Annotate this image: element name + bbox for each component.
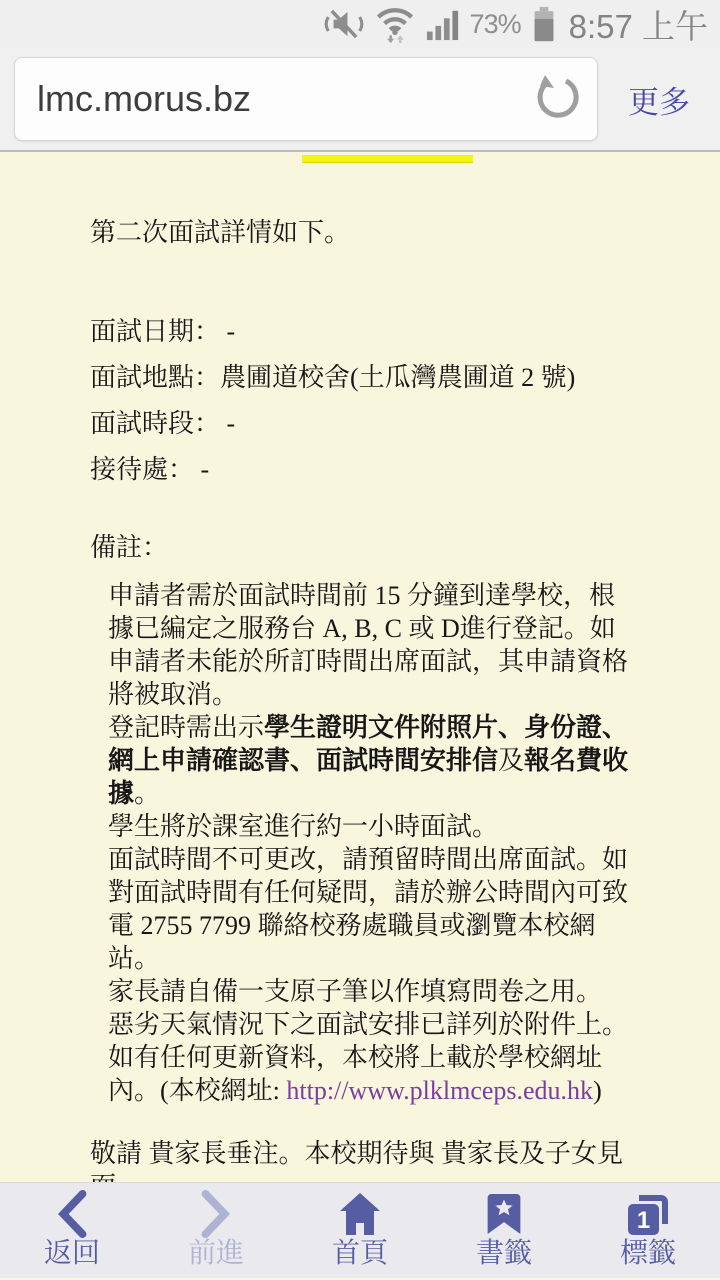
clock-text: 8:57 上午: [569, 1, 708, 48]
field-interview-session: 面試時段： -: [90, 407, 640, 440]
nav-back-button[interactable]: 返回: [0, 1183, 144, 1278]
nav-back-label: 返回: [44, 1238, 100, 1268]
vibrate-muted-icon: [324, 6, 364, 42]
nav-home-label: 首頁: [332, 1238, 388, 1268]
notes-list: 申請者需於面試時間前 15 分鐘到達學校，根據已編定之服務台 A, B, C 或…: [108, 579, 640, 1107]
phone-screen: 73% 8:57 上午 lmc.morus.bz 更多: [0, 0, 720, 1280]
back-icon: [52, 1190, 92, 1238]
bookmarks-icon: [484, 1190, 524, 1238]
intro-text: 第二次面試詳情如下。: [90, 216, 640, 249]
field-interview-location: 面試地點：農圃道校舍(土瓜灣農圃道 2 號): [90, 361, 640, 394]
loading-progress-bar: [302, 155, 473, 163]
notes-title: 備註：: [90, 531, 640, 564]
field-reception: 接待處： -: [90, 453, 640, 486]
note-item: 惡劣天氣情況下之面試安排已詳列於附件上。: [108, 1008, 640, 1041]
forward-icon: [196, 1190, 236, 1238]
home-icon: [337, 1190, 383, 1238]
wifi-icon: [374, 4, 416, 44]
url-bar[interactable]: lmc.morus.bz: [14, 57, 598, 141]
nav-tabs-button[interactable]: 1 標籤: [576, 1183, 720, 1278]
nav-bookmarks-label: 書籤: [476, 1238, 532, 1268]
note-item: 登記時需出示學生證明文件附照片、身份證、網上申請確認書、面試時間安排信及報名費收…: [108, 711, 640, 810]
note-item: 如有任何更新資料，本校將上載於學校網址內。(本校網址: http://www.p…: [108, 1041, 640, 1107]
browser-toolbar: lmc.morus.bz 更多: [0, 48, 720, 152]
note-item: 申請者需於面試時間前 15 分鐘到達學校，根據已編定之服務台 A, B, C 或…: [108, 579, 640, 711]
tab-count-badge: 1: [637, 1207, 650, 1234]
reload-button[interactable]: [527, 67, 589, 132]
battery-percent-text: 73%: [470, 9, 521, 40]
nav-forward-label: 前進: [188, 1238, 244, 1268]
note-item: 家長請自備一支原子筆以作填寫問卷之用。: [108, 975, 640, 1008]
note-item: 學生將於課室進行約一小時面試。: [108, 810, 640, 843]
nav-tabs-label: 標籤: [620, 1238, 676, 1268]
battery-icon: [531, 6, 557, 42]
nav-bookmarks-button[interactable]: 書籤: [432, 1183, 576, 1278]
page-content: 第二次面試詳情如下。 面試日期： - 面試地點：農圃道校舍(土瓜灣農圃道 2 號…: [0, 152, 720, 1182]
url-text: lmc.morus.bz: [37, 78, 251, 120]
school-website-link[interactable]: http://www.plklmceps.edu.hk: [286, 1076, 593, 1105]
nav-home-button[interactable]: 首頁: [288, 1183, 432, 1278]
tabs-icon: 1: [625, 1190, 671, 1238]
more-button[interactable]: 更多: [598, 48, 720, 150]
nav-forward-button[interactable]: 前進: [144, 1183, 288, 1278]
interview-fields: 面試日期： - 面試地點：農圃道校舍(土瓜灣農圃道 2 號) 面試時段： - 接…: [90, 315, 640, 486]
status-bar: 73% 8:57 上午: [0, 0, 720, 48]
note-item: 面試時間不可更改，請預留時間出席面試。如對面試時間有任何疑問，請於辦公時間內可致…: [108, 843, 640, 975]
field-interview-date: 面試日期： -: [90, 315, 640, 348]
bottom-nav: 返回 前進 首頁: [0, 1182, 720, 1278]
reload-icon: [531, 113, 585, 128]
closing-text: 敬請 貴家長垂注。本校期待與 貴家長及子女見面。: [90, 1137, 640, 1182]
signal-strength-icon: [426, 7, 460, 41]
